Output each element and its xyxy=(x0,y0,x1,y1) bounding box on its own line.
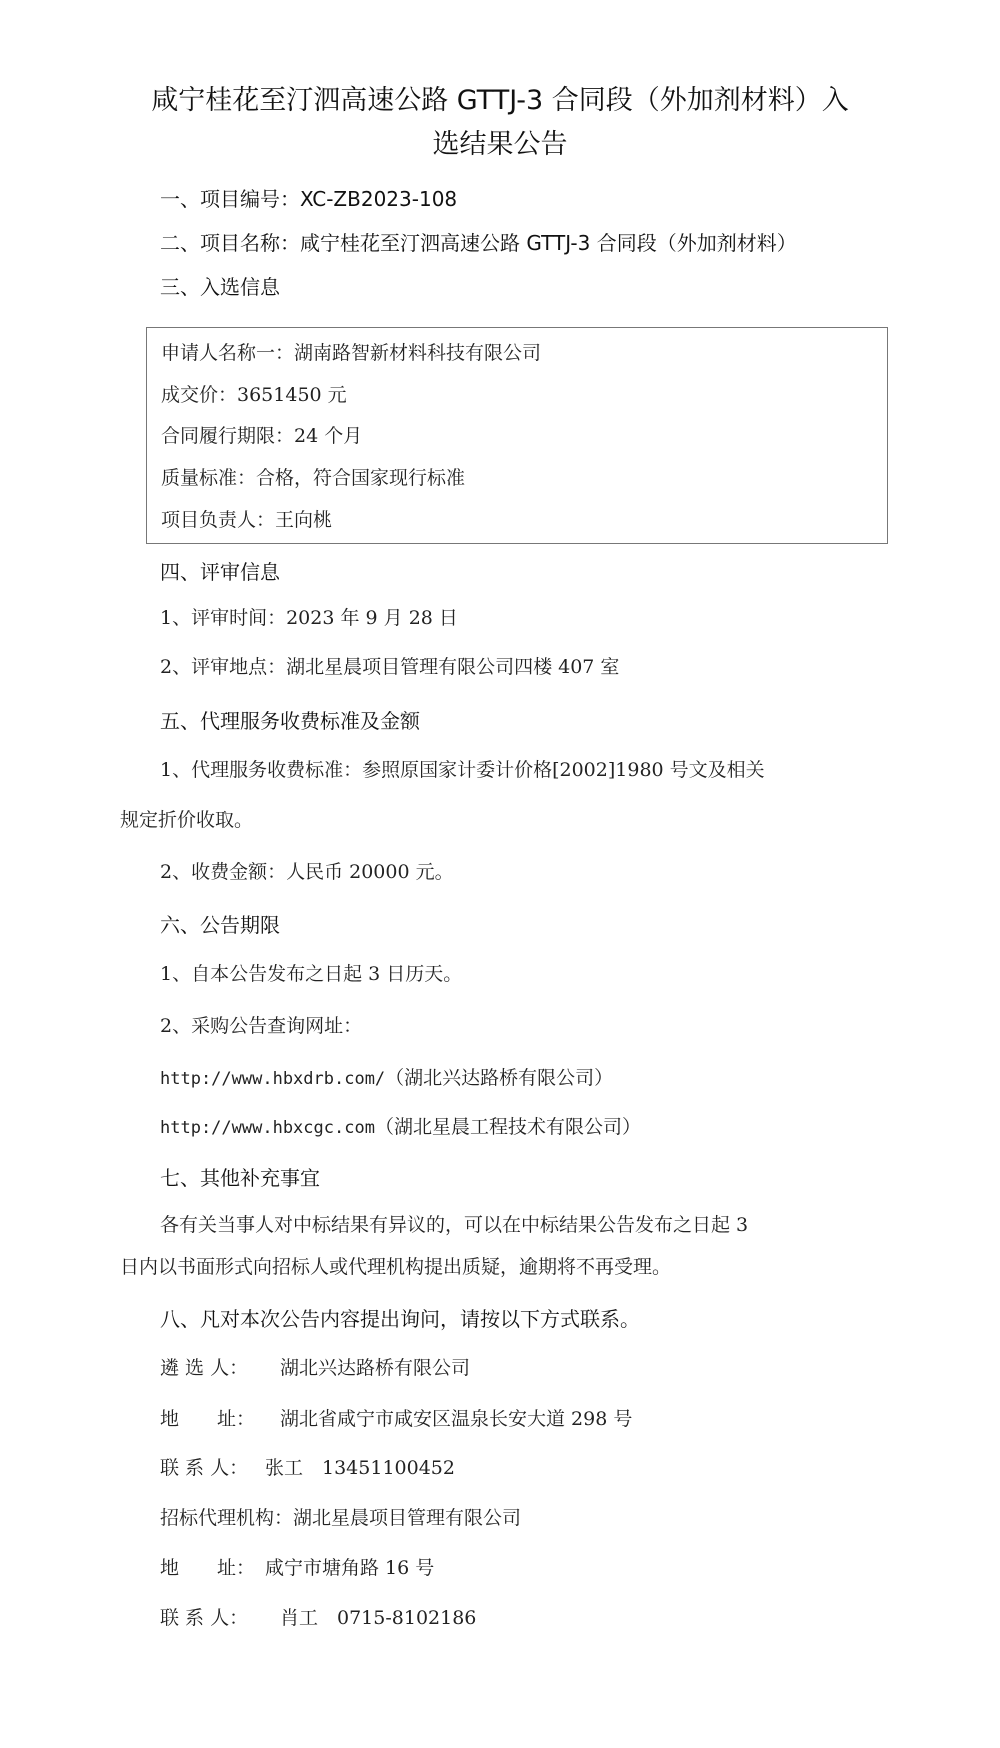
review-time: 1、评审时间：2023 年 9 月 28 日 xyxy=(160,603,458,630)
website-org-2: （湖北星晨工程技术有限公司） xyxy=(375,1116,641,1138)
applicant-name: 申请人名称一：湖南路智新材料科技有限公司 xyxy=(161,338,541,365)
review-location: 2、评审地点：湖北星晨项目管理有限公司四楼 407 室 xyxy=(160,652,619,679)
deal-price: 成交价：3651450 元 xyxy=(161,380,347,407)
section4-heading: 四、评审信息 xyxy=(160,556,280,585)
website-link-1[interactable]: http://www.hbxdrb.com/ xyxy=(160,1069,385,1089)
address2-row: 地 址：咸宁市塘角路 16 号 xyxy=(160,1553,434,1580)
website-link-2[interactable]: http://www.hbxcgc.com xyxy=(160,1118,375,1138)
section6-heading: 六、公告期限 xyxy=(160,909,280,938)
fee-standard-line2: 规定折价收取。 xyxy=(120,805,253,832)
section8-heading: 八、凡对本次公告内容提出询问，请按以下方式联系。 xyxy=(160,1303,640,1332)
address2-label: 地 址： xyxy=(160,1553,265,1580)
address1-label: 地 址： xyxy=(160,1404,280,1431)
website-org-1: （湖北兴达路桥有限公司） xyxy=(385,1067,613,1089)
website-entry-2: http://www.hbxcgc.com（湖北星晨工程技术有限公司） xyxy=(160,1112,641,1139)
website-entry-1: http://www.hbxdrb.com/（湖北兴达路桥有限公司） xyxy=(160,1063,613,1090)
contact1-label: 联 系 人： xyxy=(160,1453,265,1480)
agency-label: 招标代理机构： xyxy=(160,1507,293,1529)
section7-heading: 七、其他补充事宜 xyxy=(160,1162,320,1191)
address2-value: 咸宁市塘角路 16 号 xyxy=(265,1557,434,1579)
address1-row: 地 址：湖北省咸宁市咸安区温泉长安大道 298 号 xyxy=(160,1404,632,1431)
section5-heading: 五、代理服务收费标准及金额 xyxy=(160,705,420,734)
section3-heading: 三、入选信息 xyxy=(160,271,280,300)
selector-label: 遴 选 人： xyxy=(160,1353,280,1380)
project-number: 一、项目编号：XC-ZB2023-108 xyxy=(160,183,457,212)
contract-period: 合同履行期限：24 个月 xyxy=(161,421,362,448)
query-website-label: 2、采购公告查询网址： xyxy=(160,1011,362,1038)
objection-text-line2: 日内以书面形式向招标人或代理机构提出质疑，逾期将不再受理。 xyxy=(120,1252,671,1279)
contact2-label: 联 系 人： xyxy=(160,1603,280,1630)
contact2-row: 联 系 人：肖工 0715-8102186 xyxy=(160,1603,476,1630)
announcement-period: 1、自本公告发布之日起 3 日历天。 xyxy=(160,959,462,986)
selector-value: 湖北兴达路桥有限公司 xyxy=(280,1357,470,1379)
selection-info-box: 申请人名称一：湖南路智新材料科技有限公司 成交价：3651450 元 合同履行期… xyxy=(146,327,888,544)
agency-value: 湖北星晨项目管理有限公司 xyxy=(293,1507,521,1529)
fee-standard-line1: 1、代理服务收费标准：参照原国家计委计价格[2002]1980 号文及相关 xyxy=(160,755,765,782)
address1-value: 湖北省咸宁市咸安区温泉长安大道 298 号 xyxy=(280,1408,632,1430)
contact1-row: 联 系 人：张工 13451100452 xyxy=(160,1453,455,1480)
fee-amount: 2、收费金额：人民币 20000 元。 xyxy=(160,857,454,884)
document-title-line2: 选结果公告 xyxy=(100,122,900,161)
quality-standard: 质量标准：合格，符合国家现行标准 xyxy=(161,463,465,490)
selector-row: 遴 选 人：湖北兴达路桥有限公司 xyxy=(160,1353,470,1380)
document-title-line1: 咸宁桂花至汀泗高速公路 GTTJ-3 合同段（外加剂材料）入 xyxy=(100,78,900,117)
project-name: 二、项目名称：咸宁桂花至汀泗高速公路 GTTJ-3 合同段（外加剂材料） xyxy=(160,227,797,256)
contact1-value: 张工 13451100452 xyxy=(265,1457,455,1479)
agency-row: 招标代理机构：湖北星晨项目管理有限公司 xyxy=(160,1503,521,1530)
objection-text-line1: 各有关当事人对中标结果有异议的，可以在中标结果公告发布之日起 3 xyxy=(160,1210,748,1237)
contact2-value: 肖工 0715-8102186 xyxy=(280,1607,476,1629)
project-manager: 项目负责人：王向桃 xyxy=(161,505,332,532)
